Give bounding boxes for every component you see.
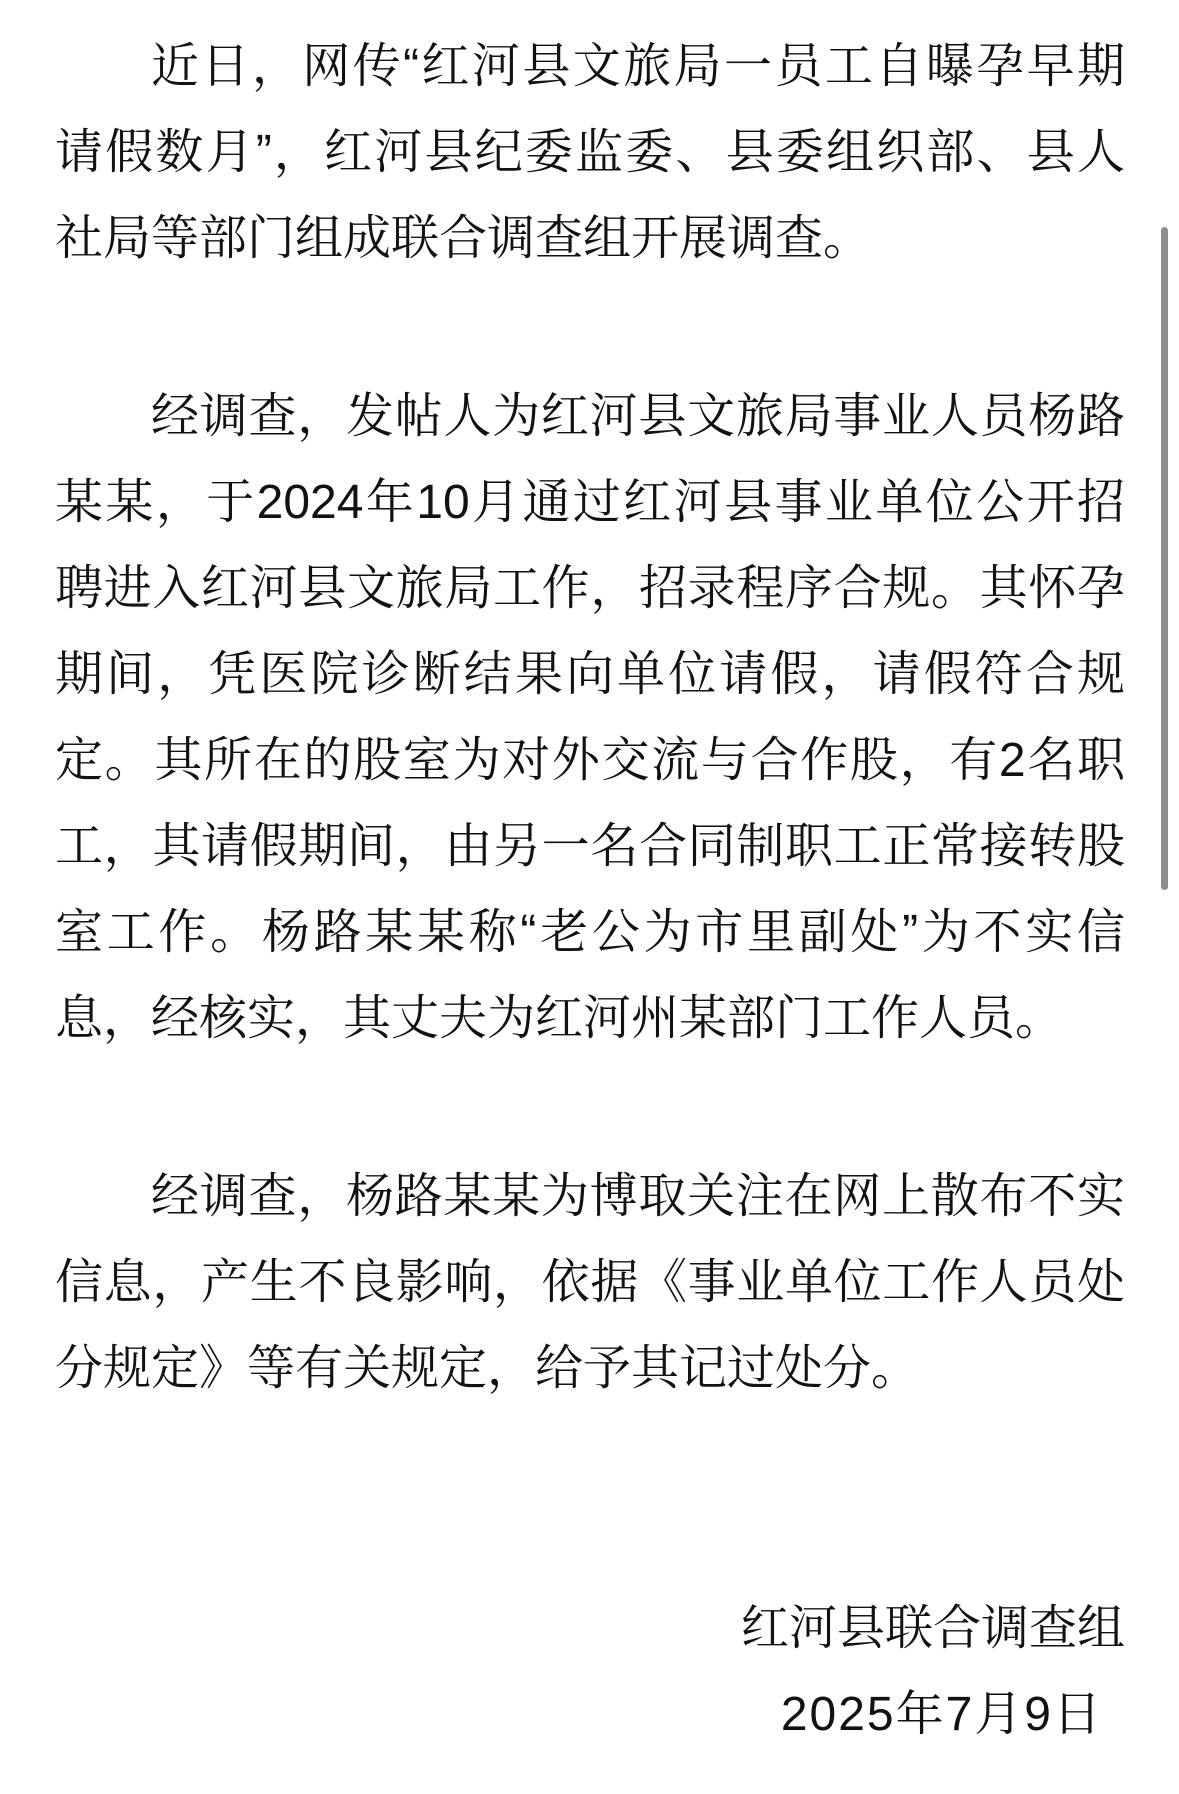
signature-block: 红河县联合调查组 2025年7月9日	[55, 1586, 1125, 1758]
date: 2025年7月9日	[55, 1672, 1125, 1758]
scrollbar-thumb[interactable]	[1161, 227, 1168, 890]
paragraph-findings: 经调查，发帖人为红河县文旅局事业人员杨路某某，于2024年10月通过红河县事业单…	[55, 374, 1125, 1062]
paragraph-investigation-launch: 近日，网传“红河县文旅局一员工自曝孕早期请假数月”，红河县纪委监委、县委组织部、…	[55, 24, 1125, 282]
paragraph-punishment: 经调查，杨路某某为博取关注在网上散布不实信息，产生不良影响，依据《事业单位工作人…	[55, 1154, 1125, 1412]
signature: 红河县联合调查组	[55, 1586, 1125, 1672]
announcement-page: 近日，网传“红河县文旅局一员工自曝孕早期请假数月”，红河县纪委监委、县委组织部、…	[0, 0, 1179, 1794]
